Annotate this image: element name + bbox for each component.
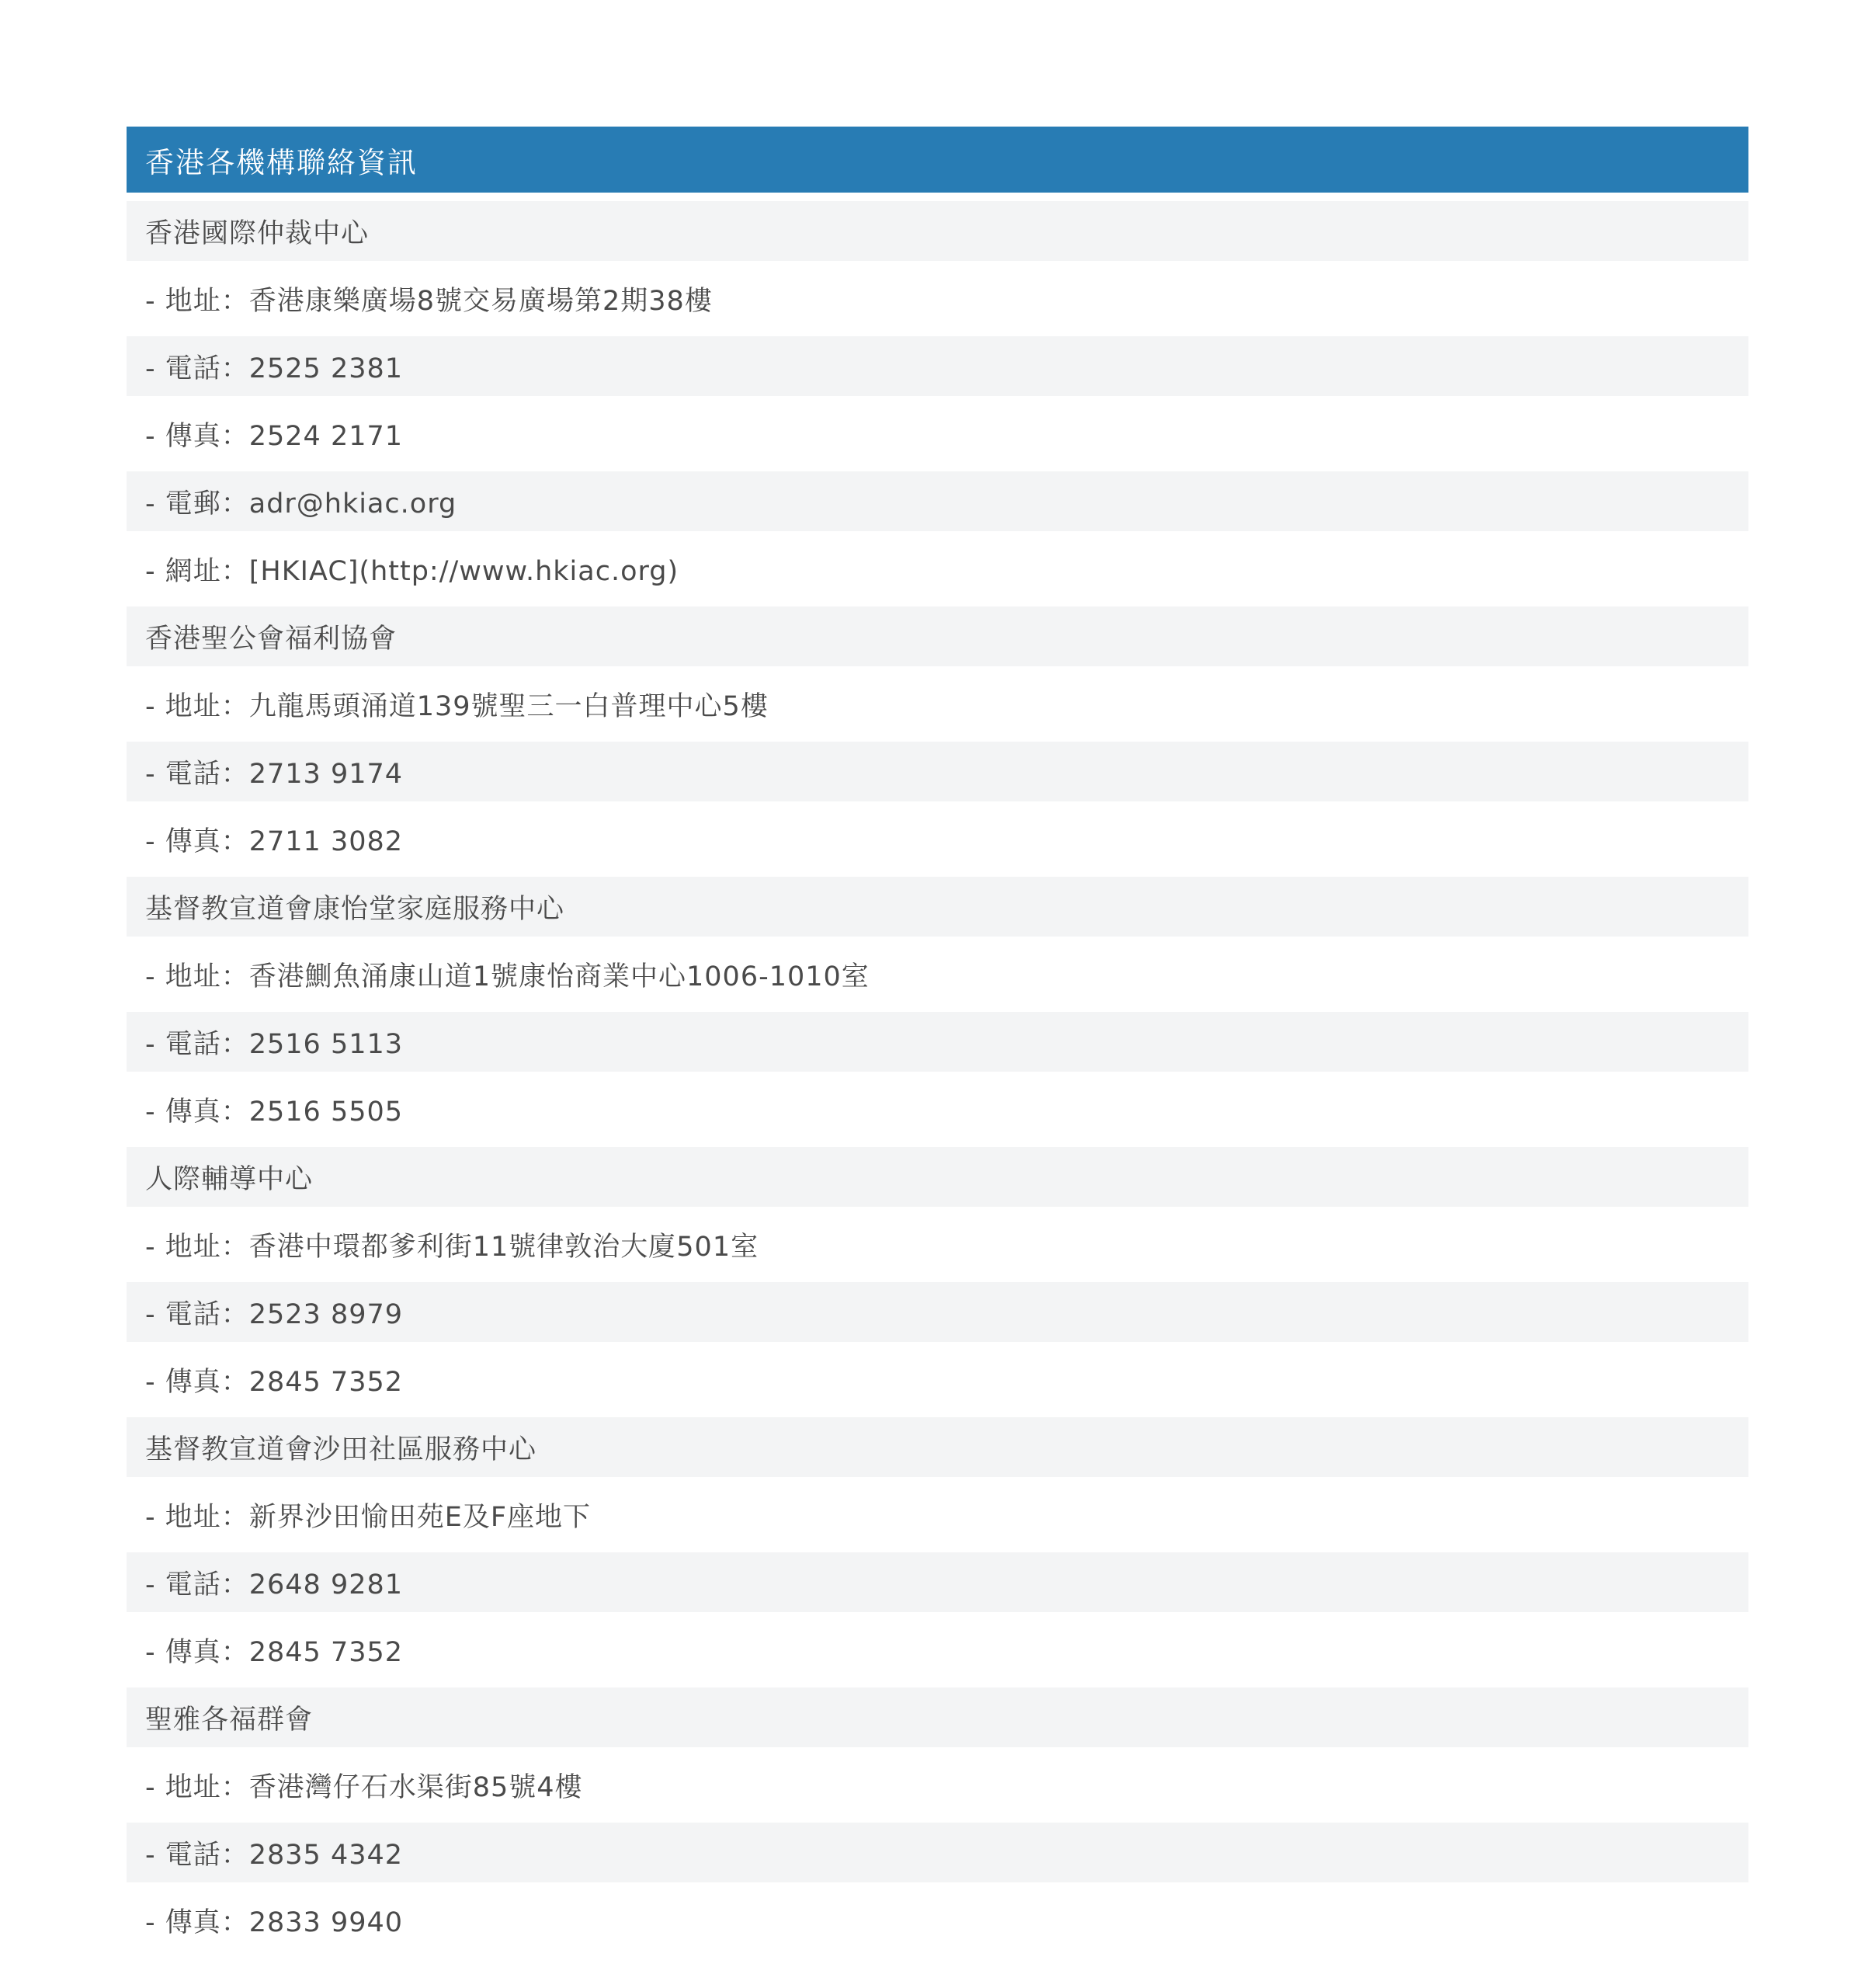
org-detail-row: - 地址：九龍馬頭涌道139號聖三一白普理中心5樓 xyxy=(127,670,1748,738)
org-detail-row: - 傳真：2845 7352 xyxy=(127,1616,1748,1684)
org-detail-row: - 傳真：2516 5505 xyxy=(127,1076,1748,1143)
org-detail-row: - 地址：香港中環都爹利街11號律敦治大廈501室 xyxy=(127,1211,1748,1278)
org-name-row: 基督教宣道會沙田社區服務中心 xyxy=(127,1413,1748,1481)
org-detail-row: - 傳真：2845 7352 xyxy=(127,1346,1748,1413)
org-detail-row: - 地址：香港康樂廣場8號交易廣場第2期38樓 xyxy=(127,265,1748,332)
contact-table-body: 香港國際仲裁中心- 地址：香港康樂廣場8號交易廣場第2期38樓- 電話：2525… xyxy=(127,197,1748,1954)
org-name-row: 香港聖公會福利協會 xyxy=(127,603,1748,670)
org-detail-row: - 電郵：adr@hkiac.org xyxy=(127,467,1748,535)
org-detail-row: - 電話：2835 4342 xyxy=(127,1819,1748,1886)
org-detail-row: - 電話：2525 2381 xyxy=(127,332,1748,400)
table-title: 香港各機構聯絡資訊 xyxy=(145,139,418,181)
contact-info-table: 香港各機構聯絡資訊 香港國際仲裁中心- 地址：香港康樂廣場8號交易廣場第2期38… xyxy=(127,127,1748,1954)
org-detail-row: - 電話：2516 5113 xyxy=(127,1008,1748,1076)
org-name-row: 聖雅各福群會 xyxy=(127,1684,1748,1751)
org-detail-row: - 地址：香港灣仔石水渠街85號4樓 xyxy=(127,1751,1748,1819)
org-detail-row: - 傳真：2524 2171 xyxy=(127,400,1748,467)
org-detail-row: - 傳真：2833 9940 xyxy=(127,1886,1748,1954)
org-detail-row: - 電話：2523 8979 xyxy=(127,1278,1748,1346)
org-detail-row: - 地址：香港鰂魚涌康山道1號康怡商業中心1006-1010室 xyxy=(127,940,1748,1008)
org-detail-row: - 網址：[HKIAC](http://www.hkiac.org) xyxy=(127,535,1748,603)
org-detail-row: - 傳真：2711 3082 xyxy=(127,805,1748,873)
table-title-bar: 香港各機構聯絡資訊 xyxy=(127,127,1748,193)
org-name-row: 基督教宣道會康怡堂家庭服務中心 xyxy=(127,873,1748,940)
org-detail-row: - 電話：2648 9281 xyxy=(127,1548,1748,1616)
org-name-row: 人際輔導中心 xyxy=(127,1143,1748,1211)
org-detail-row: - 電話：2713 9174 xyxy=(127,738,1748,805)
org-name-row: 香港國際仲裁中心 xyxy=(127,197,1748,265)
org-detail-row: - 地址：新界沙田愉田苑E及F座地下 xyxy=(127,1481,1748,1548)
